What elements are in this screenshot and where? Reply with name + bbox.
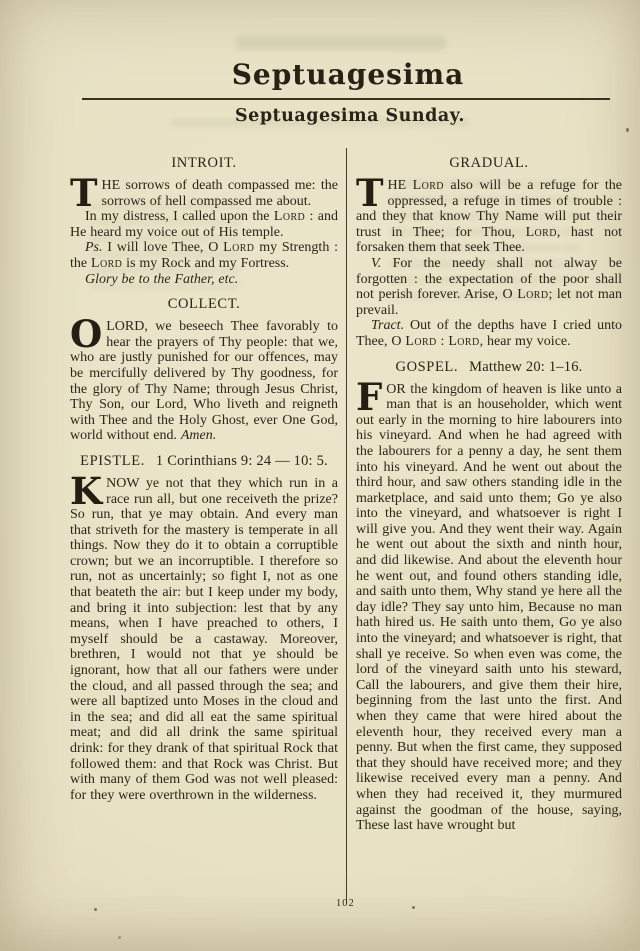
text-segment: I will love Thee, O	[103, 240, 224, 255]
page-title: Septuagesima	[0, 58, 640, 91]
section: GOSPEL.Matthew 20: 1–16.FOR the kingdom …	[356, 359, 622, 834]
page-number: 102	[336, 898, 355, 909]
section-heading: EPISTLE.1 Corinthians 9: 24 — 10: 5.	[70, 453, 338, 470]
paper-speck	[626, 128, 629, 132]
section-heading: GOSPEL.Matthew 20: 1–16.	[356, 359, 622, 376]
left-column: INTROIT.THE sorrows of death compassed m…	[70, 146, 338, 904]
paper-speck	[412, 906, 415, 909]
paragraph: THE sorrows of death compassed me: the s…	[70, 178, 338, 209]
paper-speck	[94, 908, 97, 911]
text-segment: NOW ye not that they which run in a race…	[70, 476, 338, 803]
text-segment: Lord	[448, 334, 479, 349]
two-column-text: INTROIT.THE sorrows of death compassed m…	[70, 146, 622, 904]
section-scripture-ref: Matthew 20: 1–16.	[469, 359, 582, 375]
text-segment: Glory be to the Father, etc.	[85, 272, 238, 287]
drop-cap: T	[70, 178, 102, 207]
text-segment: Lord	[91, 256, 122, 271]
section-heading: COLLECT.	[70, 296, 338, 313]
drop-cap: K	[70, 476, 106, 505]
section-scripture-ref: 1 Corinthians 9: 24 — 10: 5.	[156, 453, 328, 469]
section: GRADUAL.THE Lord also will be a refuge f…	[356, 155, 622, 350]
right-column: GRADUAL.THE Lord also will be a refuge f…	[356, 146, 622, 904]
text-segment: In my distress, I called upon the	[85, 209, 274, 224]
section-heading: INTROIT.	[70, 155, 338, 172]
text-segment: V.	[371, 256, 381, 271]
text-segment: Tract.	[371, 318, 404, 333]
text-segment: is my Rock and my Fortress.	[122, 256, 289, 271]
text-segment: Lord	[223, 240, 254, 255]
column-divider-rule	[338, 146, 356, 904]
text-segment: Ps.	[85, 240, 103, 255]
section-heading-label: EPISTLE.	[80, 453, 145, 469]
section-heading-label: GRADUAL.	[449, 155, 528, 171]
text-segment: HE sorrows of death compassed me: the so…	[102, 178, 338, 209]
drop-cap: T	[356, 178, 388, 207]
text-segment: LORD, we beseech Thee favorably to hear …	[70, 319, 338, 443]
text-segment: Amen.	[181, 428, 216, 443]
paper-speck	[118, 936, 121, 939]
paragraph: V. For the needy shall not alway be forg…	[356, 256, 622, 318]
section: COLLECT.OLORD, we beseech Thee favorably…	[70, 296, 338, 444]
title-rule	[82, 98, 610, 100]
text-segment: :	[437, 334, 449, 349]
bleedthrough-ghost	[236, 36, 446, 50]
text-segment: Lord	[526, 225, 557, 240]
text-segment: OR the kingdom of heaven is like unto a …	[356, 382, 622, 834]
paragraph: In my distress, I called upon the Lord :…	[70, 209, 338, 240]
page-subtitle: Septuagesima Sunday.	[0, 106, 640, 126]
paragraph: Glory be to the Father, etc.	[70, 272, 338, 288]
paragraph: OLORD, we beseech Thee favorably to hear…	[70, 319, 338, 444]
section: EPISTLE.1 Corinthians 9: 24 — 10: 5.KNOW…	[70, 453, 338, 803]
section-heading-label: COLLECT.	[168, 296, 241, 312]
text-segment: Lord	[413, 178, 444, 193]
text-segment: Lord	[405, 334, 436, 349]
drop-cap: F	[356, 382, 386, 411]
text-segment: , hear my voice.	[480, 334, 571, 349]
text-segment: HE	[388, 178, 413, 193]
drop-cap: O	[70, 319, 106, 348]
paragraph: THE Lord also will be a refuge for the o…	[356, 178, 622, 256]
section-heading-label: GOSPEL.	[396, 359, 459, 375]
section-heading: GRADUAL.	[356, 155, 622, 172]
text-segment: Lord	[274, 209, 305, 224]
paragraph: Ps. I will love Thee, O Lord my Strength…	[70, 240, 338, 271]
paragraph: Tract. Out of the depths have I cried un…	[356, 318, 622, 349]
section-heading-label: INTROIT.	[171, 155, 236, 171]
paragraph: FOR the kingdom of heaven is like unto a…	[356, 382, 622, 834]
paragraph: KNOW ye not that they which run in a rac…	[70, 476, 338, 803]
text-segment: Lord	[517, 287, 548, 302]
section: INTROIT.THE sorrows of death compassed m…	[70, 155, 338, 287]
